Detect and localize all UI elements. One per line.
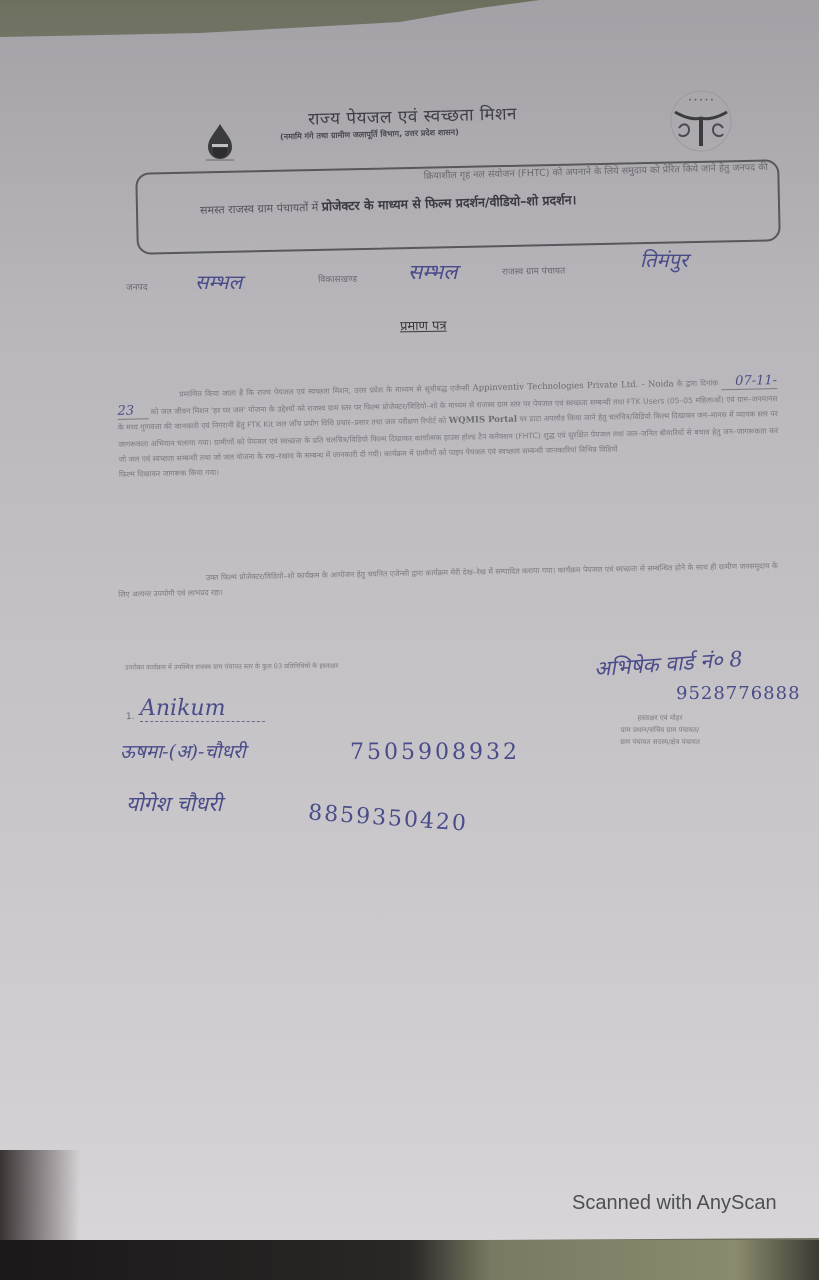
signatory-name: अभिषेक वार्ड नं० 8	[593, 645, 743, 683]
certificate-document: • • • • • राज्य पेयजल एवं स्वच्छता मिशन …	[0, 0, 819, 1280]
phone-number: 7505908932	[350, 740, 520, 765]
designation-line: हस्ताक्षर एवं मोहर	[580, 712, 740, 724]
organization-subtitle: (नमामि गंगे तथा ग्रामीण जलापूर्ति विभाग,…	[280, 127, 459, 143]
block-value: सम्भल	[408, 258, 458, 286]
designation-line: ग्राम प्रधान/सचिव ग्राम पंचायत/	[580, 724, 740, 736]
signatory-phone: 9528776888	[676, 683, 801, 704]
panchayat-value: तिमंपुर	[640, 246, 688, 273]
svg-text:• • • • •: • • • • •	[688, 97, 713, 104]
body-date-label: के द्वारा दिनांक	[677, 378, 719, 388]
signatures-note: उपरोक्त कार्यक्रम में उपस्थित राजस्व ग्र…	[125, 658, 485, 674]
phone-number: 8859350420	[307, 800, 468, 836]
panchayat-label: राजस्व ग्राम पंचायत	[502, 263, 565, 277]
portal-name: WQMIS Portal	[449, 415, 518, 426]
closing-text: उक्त फिल्म प्रोजेक्टर/विडियो–शो कार्यक्र…	[118, 561, 778, 599]
designation-line: ग्राम पंचायत सदस्य/क्षेत्र पंचायत	[580, 736, 740, 748]
signatory-designation: हस्ताक्षर एवं मोहर ग्राम प्रधान/सचिव ग्र…	[580, 712, 740, 748]
certificate-title: प्रमाण पत्र	[400, 316, 447, 335]
district-value: सम्भल	[195, 268, 242, 295]
body-text-tail: फिल्म दिखाकर जागरूक किया गया।	[119, 468, 219, 479]
scanner-watermark: Scanned with AnyScan	[572, 1192, 777, 1215]
organization-title: राज्य पेयजल एवं स्वच्छता मिशन	[308, 101, 517, 129]
certificate-closing: उक्त फिल्म प्रोजेक्टर/विडियो–शो कार्यक्र…	[118, 558, 778, 602]
agency-name: Appinventiv Technologies Private Ltd. - …	[472, 379, 673, 393]
certificate-body: प्रमाणित किया जाता है कि राज्य पेयजल एवं…	[117, 373, 779, 482]
signature-name: Anikum	[140, 696, 265, 722]
block-label: विकासखण्ड	[318, 272, 357, 286]
body-intro: प्रमाणित किया जाता है कि राज्य पेयजल एवं…	[179, 384, 469, 399]
up-government-emblem-icon: • • • • •	[665, 88, 737, 154]
banner-line-2-prefix: समस्त राजस्व ग्राम पंचायतों में	[200, 201, 319, 217]
entry-index: 1.	[126, 712, 135, 722]
signature-name: योगेश चौधरी	[126, 790, 222, 818]
signature-name: ऊषमा-(अ)-चौधरी	[120, 738, 246, 764]
water-drop-logo-icon	[200, 122, 240, 164]
district-label: जनपद	[126, 280, 148, 293]
